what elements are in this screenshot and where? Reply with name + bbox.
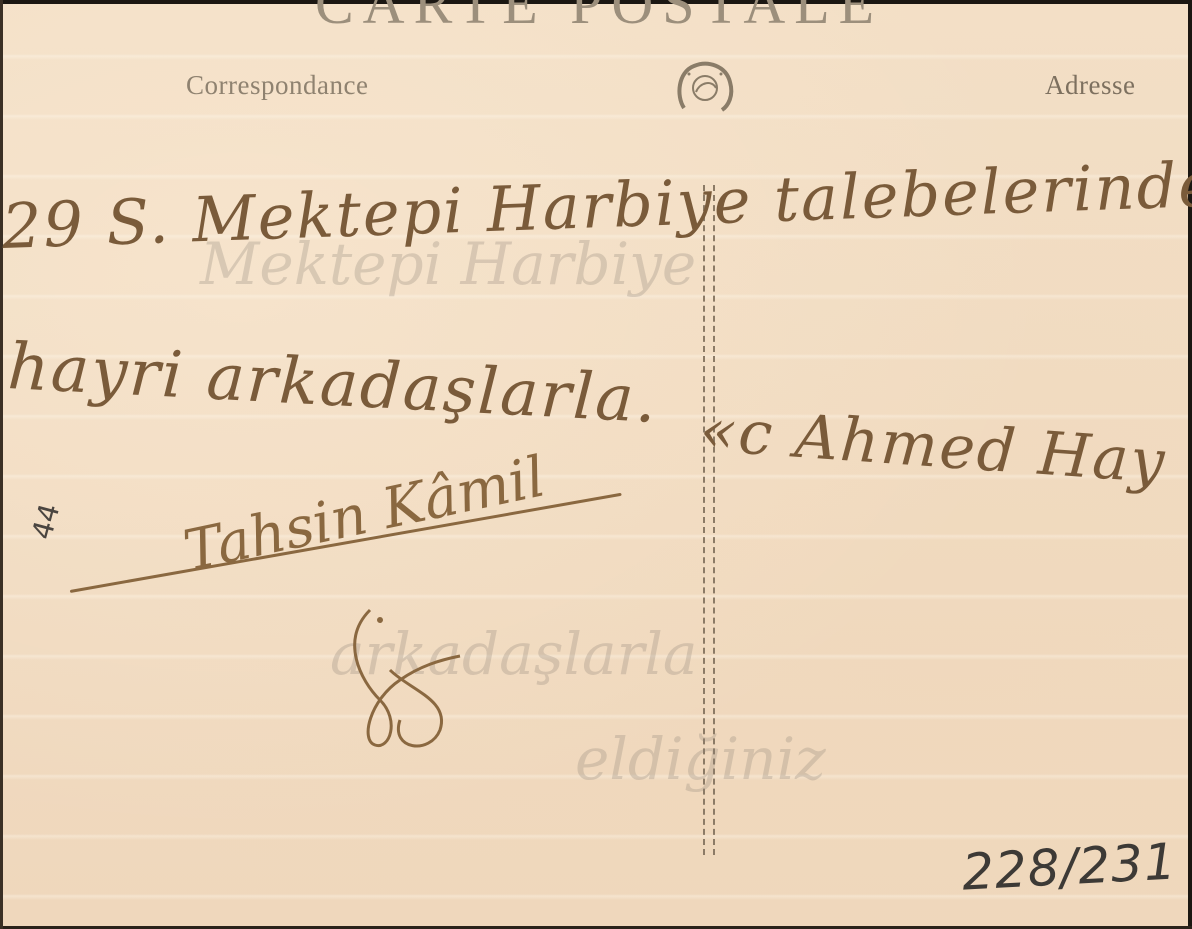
scan-border-right bbox=[1188, 0, 1192, 929]
scan-border-left bbox=[0, 0, 3, 929]
archive-number: 228/231 bbox=[961, 832, 1178, 901]
horseshoe-emblem-icon bbox=[672, 58, 738, 116]
correspondence-label: Correspondance bbox=[186, 70, 368, 101]
pencil-margin-number: 44 bbox=[25, 500, 66, 543]
faded-writing: eldiğiniz bbox=[575, 725, 826, 793]
handwritten-line-2: hayri arkadaşlarla. bbox=[6, 330, 660, 438]
address-label: Adresse bbox=[1045, 70, 1135, 101]
postcard-back: CARTE POSTALE Correspondance Adresse Mek… bbox=[0, 0, 1192, 929]
printed-title: CARTE POSTALE bbox=[315, 0, 883, 37]
signature-flourish-icon bbox=[330, 600, 490, 760]
handwritten-line-3: «c Ahmed Hay bbox=[698, 395, 1169, 497]
